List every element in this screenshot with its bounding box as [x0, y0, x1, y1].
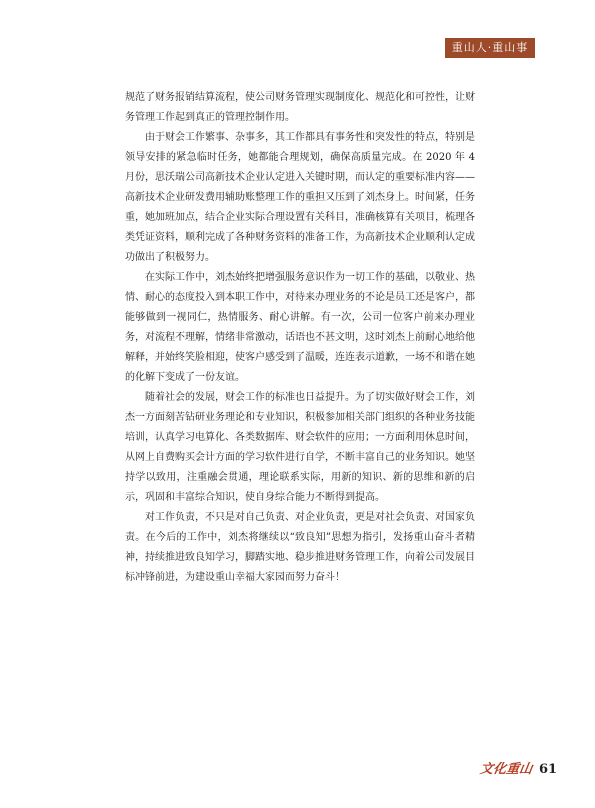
- magazine-logo: 文化重山: [479, 762, 533, 778]
- article-paragraph: 由于财会工作繁事、杂事多，其工作都具有事务性和突发性的特点，特别是领导安排的紧急…: [125, 128, 475, 268]
- article-body: 规范了财务报销结算流程，使公司财务管理实现制度化、规范化和可控性，让财务管理工作…: [125, 88, 475, 588]
- article-paragraph: 对工作负责，不只是对自己负责、对企业负责，更是对社会负责、对国家负责。在今后的工…: [125, 508, 475, 588]
- article-paragraph: 在实际工作中，刘杰始终把增强服务意识作为一切工作的基础，以敬业、热情、耐心的态度…: [125, 268, 475, 388]
- magazine-page: 重山人·重山事 规范了财务报销结算流程，使公司财务管理实现制度化、规范化和可控性…: [0, 0, 595, 808]
- article-paragraph: 规范了财务报销结算流程，使公司财务管理实现制度化、规范化和可控性，让财务管理工作…: [125, 88, 475, 128]
- section-badge: 重山人·重山事: [445, 38, 535, 58]
- page-number: 61: [539, 762, 557, 778]
- article-paragraph: 随着社会的发展，财会工作的标准也日益提升。为了切实做好财会工作，刘杰一方面刻苦钻…: [125, 388, 475, 508]
